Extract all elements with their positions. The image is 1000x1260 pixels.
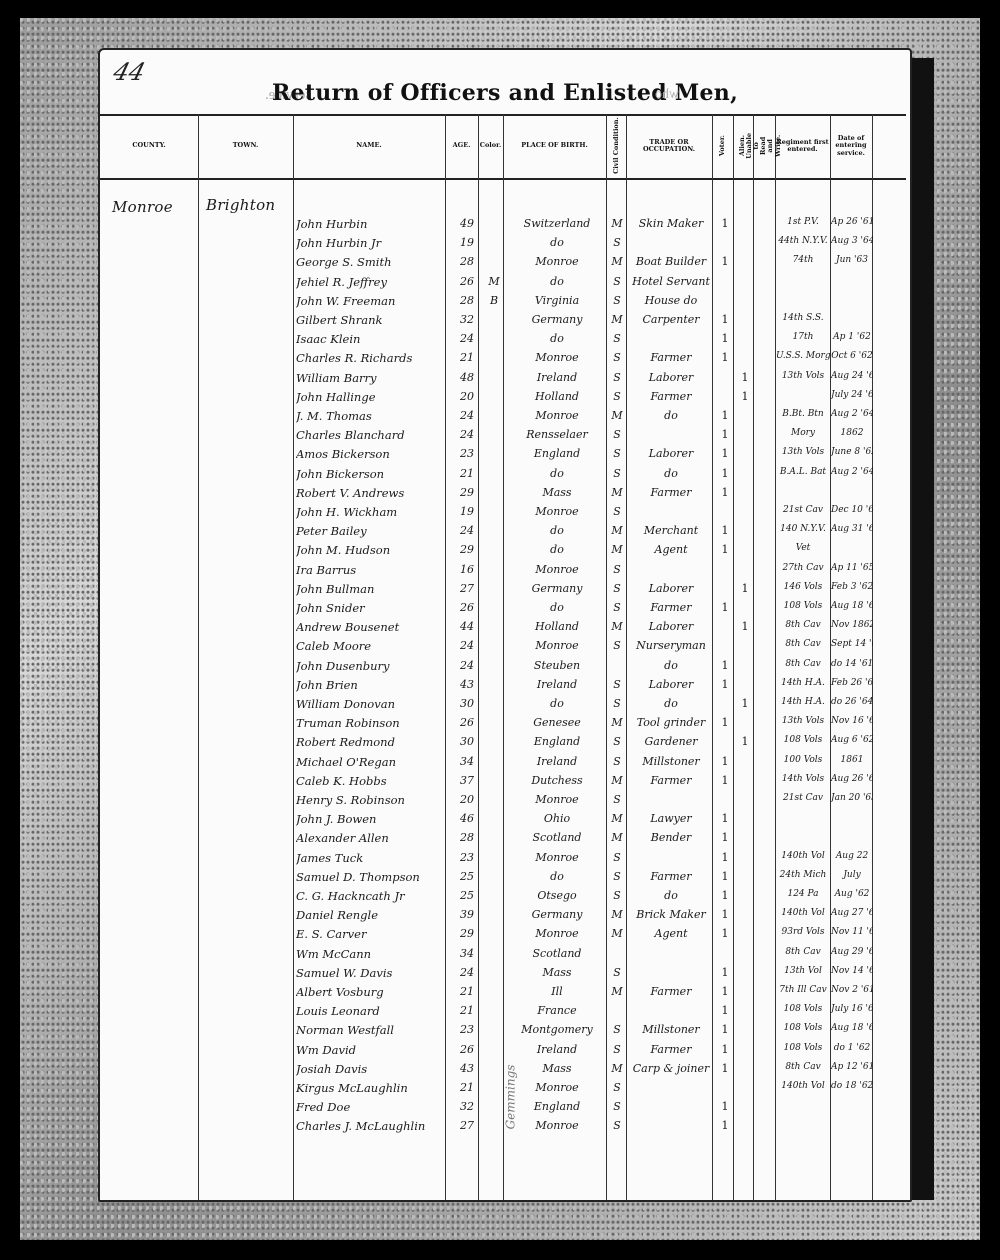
cell-name: Norman Westfall (296, 1023, 446, 1037)
cell-age: 19 (452, 505, 482, 518)
cell-name: Daniel Rengle (296, 908, 446, 922)
cell-age: 21 (452, 985, 482, 998)
cell-birth: Montgomery (508, 1023, 606, 1036)
cell-age: 26 (452, 275, 482, 288)
cell-birth: Scotland (508, 831, 606, 844)
table-row: Norman Westfall23MontgomerySMillstoner11… (100, 1021, 906, 1040)
cell-date: Jan 20 '63 (831, 793, 873, 803)
cell-civil: M (608, 524, 626, 537)
cell-trade: do (628, 659, 714, 672)
cell-date: Aug 18 '62 (831, 601, 873, 611)
cell-name: Charles J. McLaughlin (296, 1119, 446, 1133)
cell-name: Andrew Bousenet (296, 620, 446, 634)
cell-age: 30 (452, 735, 482, 748)
cell-age: 46 (452, 812, 482, 825)
cell-age: 21 (452, 1004, 482, 1017)
header-civil-condition: Civil Condition. (606, 116, 626, 176)
cell-civil: S (608, 563, 626, 576)
cell-name: E. S. Carver (296, 927, 446, 941)
cell-name: Alexander Allen (296, 831, 446, 845)
cell-date: 1862 (831, 428, 873, 438)
cell-regiment: 108 Vols (776, 1043, 830, 1053)
cell-name: Louis Leonard (296, 1004, 446, 1018)
cell-regiment: 8th Cav (776, 1062, 830, 1072)
cell-age: 29 (452, 927, 482, 940)
cell-trade: Carpenter (628, 313, 714, 326)
table-row: William Barry48IrelandSLaborer113th Vols… (100, 369, 906, 388)
cell-regiment: 108 Vols (776, 1023, 830, 1033)
cell-name: J. M. Thomas (296, 409, 446, 423)
cell-date: Aug 29 '62 (831, 947, 873, 957)
cell-trade: Hotel Servant (628, 275, 714, 288)
cell-birth: Scotland (508, 947, 606, 960)
table-row: Charles R. Richards21MonroeSFarmer1U.S.S… (100, 349, 906, 368)
table-row: John Bullman27GermanySLaborer1146 VolsFe… (100, 580, 906, 599)
cell-age: 21 (452, 467, 482, 480)
cell-name: Wm McCann (296, 947, 446, 961)
cell-civil: S (608, 735, 626, 748)
cell-date: Aug 6 '62 (831, 735, 873, 745)
cell-date: Ap 12 '61 (831, 1062, 873, 1072)
cell-birth: Virginia (508, 294, 606, 307)
cell-civil: S (608, 1023, 626, 1036)
cell-birth: Steuben (508, 659, 606, 672)
cell-civil: S (608, 390, 626, 403)
cell-civil: M (608, 831, 626, 844)
table-row: Louis Leonard21France1108 VolsJuly 16 '6… (100, 1002, 906, 1021)
cell-trade: Merchant (628, 524, 714, 537)
cell-age: 48 (452, 371, 482, 384)
cell-age: 34 (452, 755, 482, 768)
cell-date: Ap 11 '65 (831, 563, 873, 573)
cell-birth: Monroe (508, 639, 606, 652)
cell-voter: 1 (715, 678, 735, 691)
cell-regiment: 8th Cav (776, 639, 830, 649)
cell-regiment: 74th (776, 255, 830, 265)
cell-birth: Germany (508, 313, 606, 326)
cell-civil: S (608, 467, 626, 480)
cell-civil: S (608, 447, 626, 460)
table-row: Robert Redmond30EnglandSGardener1108 Vol… (100, 733, 906, 752)
cell-voter: 1 (715, 428, 735, 441)
table-row: John Brien43IrelandSLaborer114th H.A.Feb… (100, 676, 906, 695)
cell-civil: S (608, 889, 626, 902)
table-row: Peter Bailey24doMMerchant1140 N.Y.V.Aug … (100, 522, 906, 541)
cell-name: Gilbert Shrank (296, 313, 446, 327)
cell-civil: M (608, 409, 626, 422)
cell-trade: Farmer (628, 1043, 714, 1056)
cell-birth: do (508, 467, 606, 480)
cell-regiment: 17th (776, 332, 830, 342)
cell-voter: 1 (715, 255, 735, 268)
cell-name: Albert Vosburg (296, 985, 446, 999)
cell-age: 29 (452, 543, 482, 556)
cell-alien: 1 (736, 371, 754, 384)
cell-age: 16 (452, 563, 482, 576)
cell-name: Robert Redmond (296, 735, 446, 749)
cell-birth: Mass (508, 486, 606, 499)
cell-name: Amos Bickerson (296, 447, 446, 461)
header-place-of-birth: PLACE OF BIRTH. (503, 116, 606, 176)
table-row: Albert Vosburg21IllMFarmer17th Ill CavNo… (100, 983, 906, 1002)
cell-name: Isaac Klein (296, 332, 446, 346)
cell-voter: 1 (715, 351, 735, 364)
cell-civil: S (608, 351, 626, 364)
cell-name: Caleb Moore (296, 639, 446, 653)
cell-age: 29 (452, 486, 482, 499)
cell-age: 26 (452, 1043, 482, 1056)
cell-voter: 1 (715, 659, 735, 672)
cell-civil: S (608, 1081, 626, 1094)
header-age: AGE. (445, 116, 478, 176)
cell-name: Michael O'Regan (296, 755, 446, 769)
cell-regiment: B.A.L. Bat (776, 467, 830, 477)
cell-voter: 1 (715, 927, 735, 940)
cell-voter: 1 (715, 985, 735, 998)
cell-age: 44 (452, 620, 482, 633)
cell-voter: 1 (715, 966, 735, 979)
cell-trade: Millstoner (628, 755, 714, 768)
header-unable-read-write: Unable to Read and Write. (753, 116, 775, 176)
cell-regiment: 108 Vols (776, 601, 830, 611)
cell-name: John Hurbin (296, 217, 446, 231)
cell-date: do 14 '61 (831, 659, 873, 669)
cell-date: July 16 '62 (831, 1004, 873, 1014)
cell-age: 27 (452, 582, 482, 595)
table-row: Andrew Bousenet44HollandMLaborer18th Cav… (100, 618, 906, 637)
cell-birth: Ireland (508, 1043, 606, 1056)
cell-name: William Donovan (296, 697, 446, 711)
cell-trade: Laborer (628, 371, 714, 384)
cell-trade: do (628, 409, 714, 422)
cell-voter: 1 (715, 313, 735, 326)
table-row: Wm David26IrelandSFarmer1108 Volsdo 1 '6… (100, 1041, 906, 1060)
cell-age: 28 (452, 294, 482, 307)
cell-voter: 1 (715, 812, 735, 825)
table-row: Caleb Moore24MonroeSNurseryman8th CavSep… (100, 637, 906, 656)
cell-civil: M (608, 927, 626, 940)
cell-date: Oct 6 '62 (831, 351, 873, 361)
cell-birth: Ill (508, 985, 606, 998)
cell-age: 27 (452, 1119, 482, 1132)
cell-age: 43 (452, 1062, 482, 1075)
cell-name: George S. Smith (296, 255, 446, 269)
table-row: Wm McCann34Scotland8th CavAug 29 '62 (100, 945, 906, 964)
cell-date: 1861 (831, 755, 873, 765)
cell-age: 32 (452, 1100, 482, 1113)
cell-date: Aug '62 (831, 889, 873, 899)
cell-name: Peter Bailey (296, 524, 446, 538)
cell-regiment: Vet (776, 543, 830, 553)
cell-age: 24 (452, 659, 482, 672)
cell-trade: Nurseryman (628, 639, 714, 652)
cell-voter: 1 (715, 543, 735, 556)
cell-alien: 1 (736, 735, 754, 748)
cell-civil: M (608, 908, 626, 921)
cell-birth: Ireland (508, 678, 606, 691)
cell-age: 26 (452, 601, 482, 614)
cell-civil: M (608, 486, 626, 499)
cell-birth: do (508, 275, 606, 288)
cell-voter: 1 (715, 217, 735, 230)
cell-civil: S (608, 1043, 626, 1056)
header-trade: TRADE OR OCCUPATION. (626, 116, 712, 176)
cell-name: John Brien (296, 678, 446, 692)
cell-civil: S (608, 793, 626, 806)
cell-name: Henry S. Robinson (296, 793, 446, 807)
cell-regiment: 8th Cav (776, 947, 830, 957)
cell-voter: 1 (715, 889, 735, 902)
cell-birth: Monroe (508, 351, 606, 364)
cell-name: Charles R. Richards (296, 351, 446, 365)
cell-regiment: 21st Cav (776, 505, 830, 515)
cell-birth: do (508, 543, 606, 556)
header-voter: Voter. (712, 116, 733, 176)
cell-trade: Farmer (628, 601, 714, 614)
cell-civil: S (608, 332, 626, 345)
cell-age: 25 (452, 889, 482, 902)
cell-birth: Germany (508, 582, 606, 595)
cell-age: 28 (452, 831, 482, 844)
cell-name: Josiah Davis (296, 1062, 446, 1076)
table-row: John Bickerson21doSdo1B.A.L. BatAug 2 '6… (100, 465, 906, 484)
cell-name: Samuel D. Thompson (296, 870, 446, 884)
cell-date: Aug 3 '64 (831, 236, 873, 246)
cell-birth: Monroe (508, 851, 606, 864)
cell-regiment: 140th Vol (776, 851, 830, 861)
cell-age: 24 (452, 639, 482, 652)
cell-age: 43 (452, 678, 482, 691)
table-row: C. G. Hackncath Jr25OtsegoSdo1124 PaAug … (100, 887, 906, 906)
cell-voter: 1 (715, 467, 735, 480)
cell-birth: Otsego (508, 889, 606, 902)
cell-name: Kirgus McLaughlin (296, 1081, 446, 1095)
table-row: John H. Wickham19MonroeS21st CavDec 10 '… (100, 503, 906, 522)
cell-trade: Farmer (628, 351, 714, 364)
cell-alien: 1 (736, 390, 754, 403)
table-row: Alexander Allen28ScotlandMBender1 (100, 829, 906, 848)
cell-date: do 26 '64 (831, 697, 873, 707)
cell-date: Ap 1 '62 (831, 332, 873, 342)
cell-civil: M (608, 313, 626, 326)
cell-voter: 1 (715, 774, 735, 787)
cell-name: William Barry (296, 371, 446, 385)
cell-regiment: 21st Cav (776, 793, 830, 803)
cell-regiment: 124 Pa (776, 889, 830, 899)
cell-voter: 1 (715, 1004, 735, 1017)
cell-date: Feb 3 '62 (831, 582, 873, 592)
cell-civil: M (608, 543, 626, 556)
cell-date: do 1 '62 (831, 1043, 873, 1053)
table-row: Ira Barrus16MonroeS27th CavAp 11 '65 (100, 561, 906, 580)
town-value: Brighton (206, 196, 275, 214)
table-row: John W. Freeman28BVirginiaSHouse do (100, 292, 906, 311)
cell-trade: Agent (628, 543, 714, 556)
cell-civil: S (608, 1100, 626, 1113)
cell-trade: Bender (628, 831, 714, 844)
cell-age: 24 (452, 428, 482, 441)
page-title: Return of Officers and Enlisted Men, (100, 80, 910, 106)
cell-date: Dec 10 '63 (831, 505, 873, 515)
cell-alien: 1 (736, 582, 754, 595)
cell-voter: 1 (715, 1043, 735, 1056)
cell-date: Aug 22 (831, 851, 873, 861)
cell-trade: Skin Maker (628, 217, 714, 230)
cell-regiment: 8th Cav (776, 659, 830, 669)
cell-birth: Mass (508, 966, 606, 979)
cell-voter: 1 (715, 601, 735, 614)
cell-date: Nov 16 '61 (831, 716, 873, 726)
cell-trade: Laborer (628, 582, 714, 595)
cell-voter: 1 (715, 716, 735, 729)
cell-birth: Monroe (508, 1119, 606, 1132)
cell-birth: Ohio (508, 812, 606, 825)
cell-date: Sept 14 '61 (831, 639, 873, 649)
cell-age: 21 (452, 1081, 482, 1094)
cell-age: 24 (452, 524, 482, 537)
cell-voter: 1 (715, 755, 735, 768)
cell-date: Aug 2 '64 (831, 467, 873, 477)
table-row: John Hurbin Jr19doS44th N.Y.V.Aug 3 '64 (100, 234, 906, 253)
cell-date: Aug 2 '64 (831, 409, 873, 419)
header-color: Color. (478, 116, 503, 176)
cell-age: 21 (452, 351, 482, 364)
table-row: Daniel Rengle39GermanyMBrick Maker1140th… (100, 906, 906, 925)
cell-trade: Boat Builder (628, 255, 714, 268)
cell-civil: S (608, 966, 626, 979)
cell-trade: Tool grinder (628, 716, 714, 729)
cell-regiment: 13th Vol (776, 966, 830, 976)
cell-name: John J. Bowen (296, 812, 446, 826)
cell-name: James Tuck (296, 851, 446, 865)
cell-age: 26 (452, 716, 482, 729)
table-row: E. S. Carver29MonroeMAgent193rd VolsNov … (100, 925, 906, 944)
cell-trade: Brick Maker (628, 908, 714, 921)
cell-regiment: Mory (776, 428, 830, 438)
cell-regiment: 140th Vol (776, 1081, 830, 1091)
cell-age: 25 (452, 870, 482, 883)
cell-voter: 1 (715, 409, 735, 422)
cell-age: 49 (452, 217, 482, 230)
cell-civil: S (608, 275, 626, 288)
cell-birth: Rensselaer (508, 428, 606, 441)
cell-voter: 1 (715, 486, 735, 499)
cell-birth: England (508, 735, 606, 748)
cell-trade: House do (628, 294, 714, 307)
cell-trade: Laborer (628, 447, 714, 460)
header-name: NAME. (293, 116, 445, 176)
header-regiment: Regiment first entered. (775, 116, 830, 176)
cell-name: John Hallinge (296, 390, 446, 404)
cell-color: M (484, 275, 504, 288)
cell-birth: Monroe (508, 793, 606, 806)
cell-birth: do (508, 236, 606, 249)
table-row: Samuel W. Davis24MassS113th VolNov 14 '6… (100, 964, 906, 983)
cell-birth: Ireland (508, 371, 606, 384)
cell-name: Fred Doe (296, 1100, 446, 1114)
cell-trade: do (628, 889, 714, 902)
cell-age: 30 (452, 697, 482, 710)
cell-name: John Hurbin Jr (296, 236, 446, 250)
cell-name: John Dusenbury (296, 659, 446, 673)
header-county: COUNTY. (100, 116, 198, 176)
cell-name: Wm David (296, 1043, 446, 1057)
cell-civil: M (608, 255, 626, 268)
cell-birth: Dutchess (508, 774, 606, 787)
cell-alien: 1 (736, 620, 754, 633)
cell-name: Charles Blanchard (296, 428, 446, 442)
table-row: Gilbert Shrank32GermanyMCarpenter114th S… (100, 311, 906, 330)
cell-name: Ira Barrus (296, 563, 446, 577)
register-table: COUNTY. TOWN. NAME. AGE. Color. PLACE OF… (100, 114, 910, 1200)
table-row: J. M. Thomas24MonroeMdo1B.Bt. BtnAug 2 '… (100, 407, 906, 426)
cell-regiment: 14th H.A. (776, 678, 830, 688)
header-town: TOWN. (198, 116, 293, 176)
cell-trade: Farmer (628, 985, 714, 998)
register-page: 44 service. Return of Officers and Enlis… (98, 48, 912, 1202)
cell-civil: M (608, 217, 626, 230)
cell-alien: 1 (736, 697, 754, 710)
cell-date: Aug 31 '62 (831, 524, 873, 534)
cell-regiment: B.Bt. Btn (776, 409, 830, 419)
cell-birth: do (508, 697, 606, 710)
cell-regiment: 140 N.Y.V. (776, 524, 830, 534)
cell-regiment: 44th N.Y.V. (776, 236, 830, 246)
cell-birth: do (508, 332, 606, 345)
cell-civil: M (608, 774, 626, 787)
cell-voter: 1 (715, 1100, 735, 1113)
cell-age: 39 (452, 908, 482, 921)
cell-trade: Laborer (628, 620, 714, 633)
cell-civil: S (608, 236, 626, 249)
cell-voter: 1 (715, 870, 735, 883)
table-row: Isaac Klein24doS117thAp 1 '62 (100, 330, 906, 349)
cell-regiment: 13th Vols (776, 447, 830, 457)
cell-civil: S (608, 755, 626, 768)
cell-trade: Laborer (628, 678, 714, 691)
cell-age: 32 (452, 313, 482, 326)
table-row: William Donovan30doSdo114th H.A.do 26 '6… (100, 695, 906, 714)
cell-voter: 1 (715, 524, 735, 537)
cell-civil: S (608, 294, 626, 307)
cell-civil: M (608, 620, 626, 633)
cell-age: 24 (452, 966, 482, 979)
table-row: John M. Hudson29doMAgent1Vet (100, 541, 906, 560)
cell-trade: Farmer (628, 774, 714, 787)
cell-regiment: U.S.S. Morgan (776, 351, 830, 361)
cell-date: Ap 26 '61 (831, 217, 873, 227)
table-row: Charles Blanchard24RensselaerS1Mory1862 (100, 426, 906, 445)
cell-birth: Monroe (508, 1081, 606, 1094)
cell-regiment: 14th S.S. (776, 313, 830, 323)
cell-birth: England (508, 447, 606, 460)
cell-civil: S (608, 639, 626, 652)
cell-regiment: 13th Vols (776, 371, 830, 381)
cell-civil: S (608, 371, 626, 384)
cell-name: John W. Freeman (296, 294, 446, 308)
cell-age: 37 (452, 774, 482, 787)
cell-name: C. G. Hackncath Jr (296, 889, 446, 903)
cell-birth: Holland (508, 390, 606, 403)
table-row: Caleb K. Hobbs37DutchessMFarmer114th Vol… (100, 772, 906, 791)
cell-trade: Millstoner (628, 1023, 714, 1036)
cell-birth: Monroe (508, 255, 606, 268)
cell-civil: S (608, 582, 626, 595)
cell-voter: 1 (715, 332, 735, 345)
cell-birth: do (508, 870, 606, 883)
cell-age: 34 (452, 947, 482, 960)
margin-annotation: Gemmings (503, 1065, 517, 1130)
